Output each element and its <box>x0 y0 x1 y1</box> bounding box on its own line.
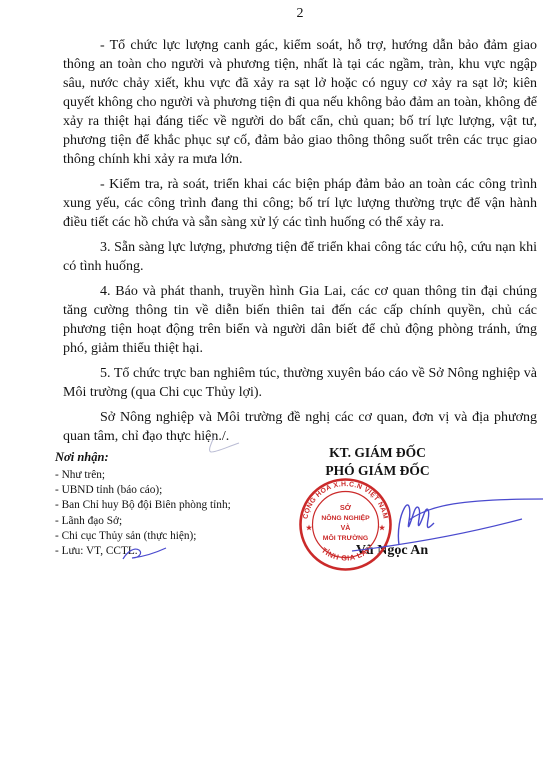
seal-arc-bottom-text: TỈNH GIA LAI <box>320 546 372 563</box>
signature-ink <box>409 499 543 520</box>
body-paragraph: 4. Báo và phát thanh, truyền hình Gia La… <box>63 282 537 358</box>
recipients-title: Nơi nhận: <box>55 450 285 465</box>
document-body: - Tổ chức lực lượng canh gác, kiểm soát,… <box>63 36 537 452</box>
document-page: 2 - Tổ chức lực lượng canh gác, kiểm soá… <box>0 0 545 775</box>
body-paragraph: - Tổ chức lực lượng canh gác, kiểm soát,… <box>63 36 537 169</box>
seal-center-line: VÀ <box>341 523 351 532</box>
recipients-block: Nơi nhận: - Như trên; - UBND tỉnh (báo c… <box>55 450 285 559</box>
official-seal: CỘNG HÒA X.H.C.N VIỆT NAM TỈNH GIA LAI ★… <box>298 477 393 572</box>
page-number: 2 <box>63 6 537 22</box>
recipient-item: - UBND tỉnh (báo cáo); <box>55 483 285 498</box>
body-paragraph: - Kiểm tra, rà soát, triển khai các biện… <box>63 175 537 232</box>
body-paragraph: 3. Sẵn sàng lực lượng, phương tiện để tr… <box>63 238 537 276</box>
recipient-item: - Chi cục Thủy sản (thực hiện); <box>55 529 285 544</box>
seal-center-line: SỞ <box>340 503 352 512</box>
seal-center-line: MÔI TRƯỜNG <box>323 533 368 542</box>
body-paragraph: 5. Tổ chức trực ban nghiêm túc, thường x… <box>63 364 537 402</box>
signature-ink <box>398 505 434 545</box>
recipient-item: - Lãnh đạo Sở; <box>55 514 285 529</box>
recipient-item: - Ban Chỉ huy Bộ đội Biên phòng tỉnh; <box>55 498 285 513</box>
recipient-item: - Lưu: VT, CCTL. <box>55 544 285 559</box>
signature-title-block: KT. GIÁM ĐỐC PHÓ GIÁM ĐỐC <box>295 444 460 479</box>
star-icon: ★ <box>306 524 313 532</box>
body-paragraph: Sở Nông nghiệp và Môi trường đề nghị các… <box>63 408 537 446</box>
seal-center-line: NÔNG NGHIỆP <box>321 513 370 522</box>
signer-position-acting: KT. GIÁM ĐỐC <box>295 444 460 462</box>
recipient-item: - Như trên; <box>55 468 285 483</box>
star-icon: ★ <box>379 524 386 532</box>
